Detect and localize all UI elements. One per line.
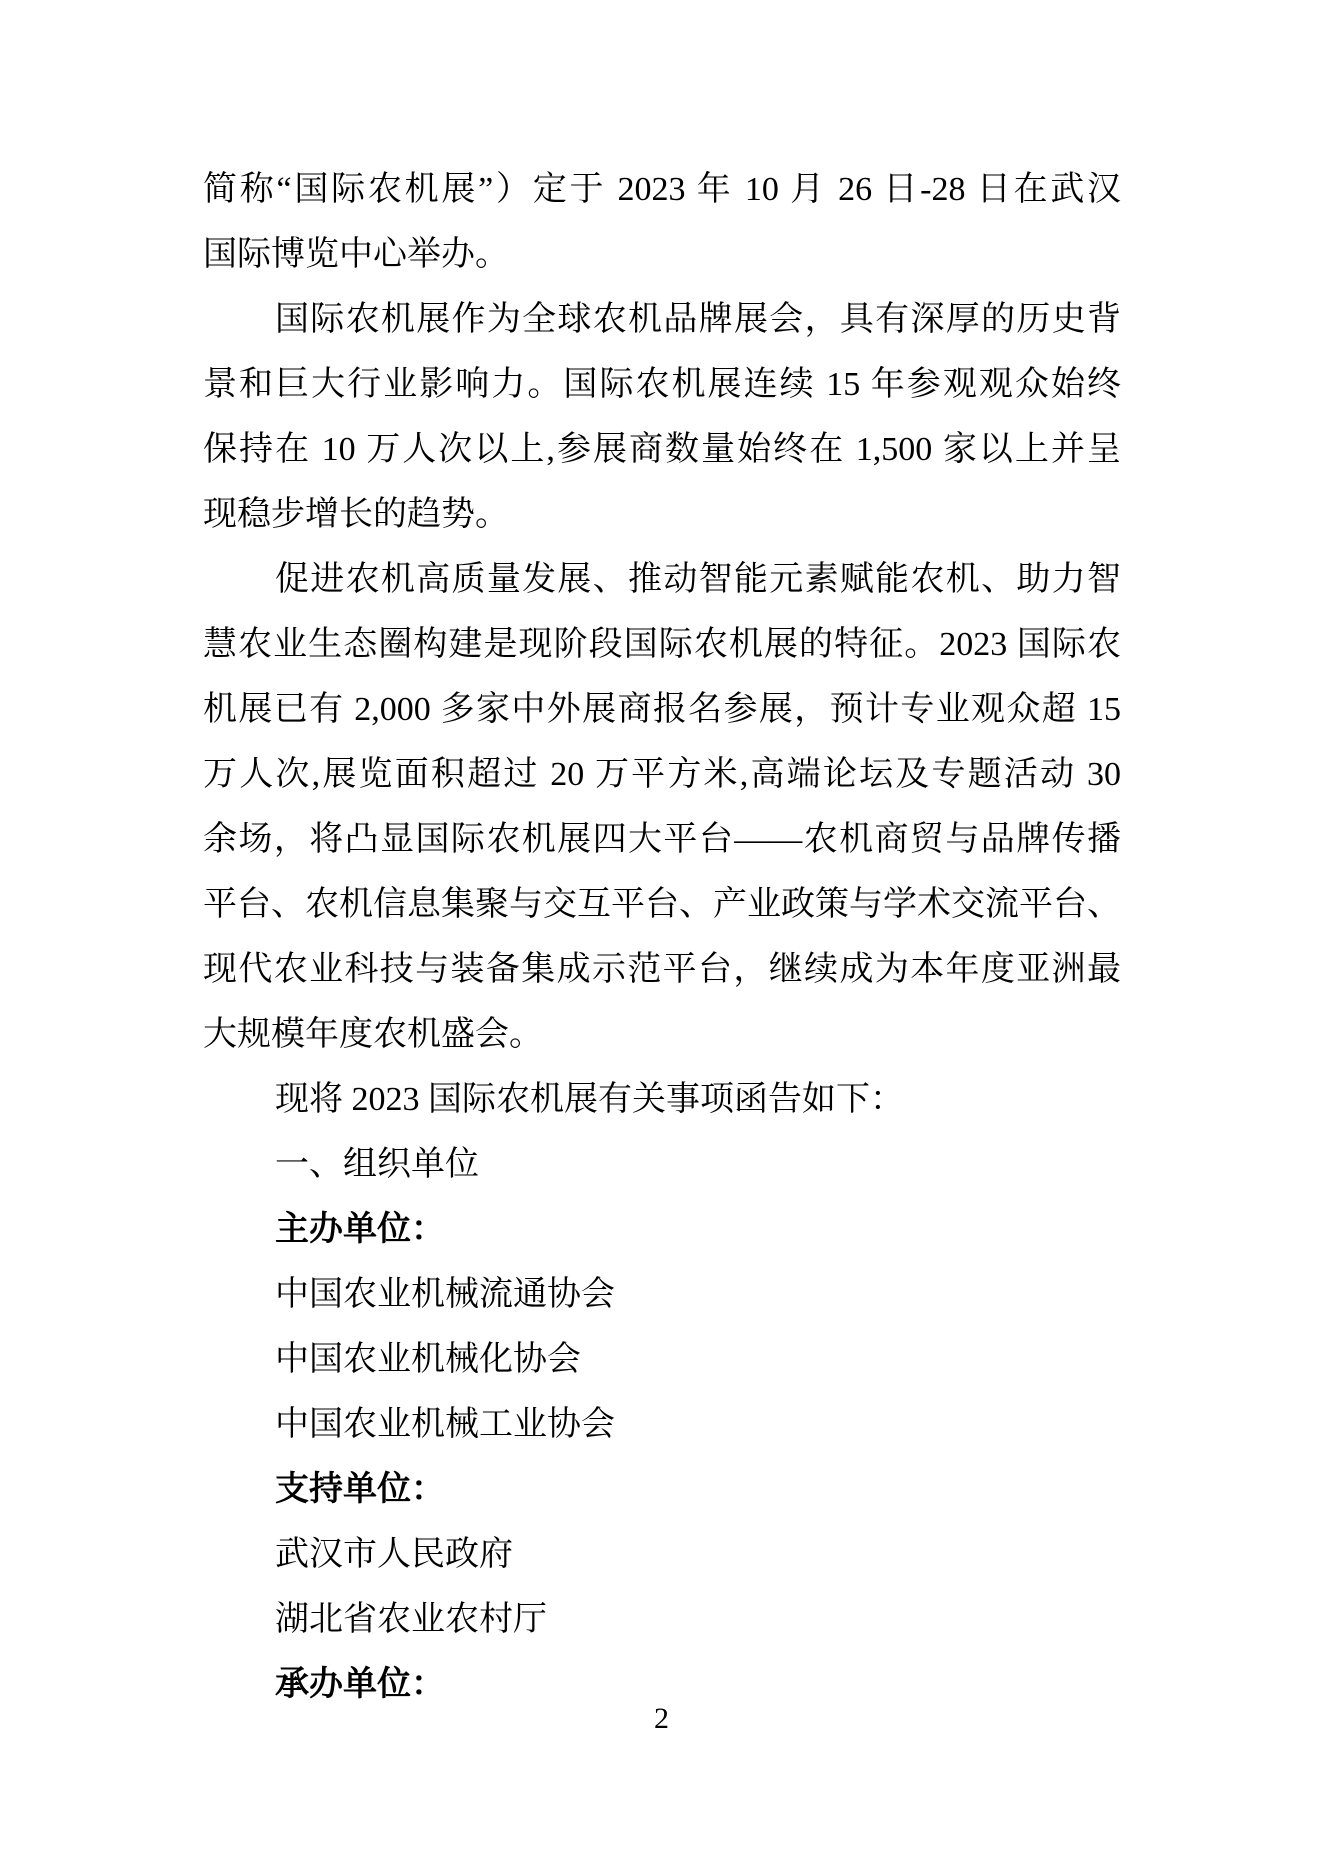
text-line: 大规模年度农机盛会。 [203,1002,1121,1067]
text-line: 支持单位： [203,1457,1121,1522]
text-line: 一、组织单位 [203,1132,1121,1197]
text-line: 现代农业科技与装备集成示范平台，继续成为本年度亚洲最 [203,937,1121,1002]
text-line: 主办单位： [203,1197,1121,1262]
text-line: 国际博览中心举办。 [203,222,1121,287]
text-line: 武汉市人民政府 [203,1522,1121,1587]
document-page: 简称“国际农机展”）定于 2023 年 10 月 26 日-28 日在武汉国际博… [0,0,1323,1871]
text-line: 万人次,展览面积超过 20 万平方米,高端论坛及专题活动 30 [203,742,1121,807]
text-line: 机展已有 2,000 多家中外展商报名参展，预计专业观众超 15 [203,677,1121,742]
text-line: 余场，将凸显国际农机展四大平台——农机商贸与品牌传播 [203,807,1121,872]
page-number: 2 [0,1702,1323,1736]
text-line: 现稳步增长的趋势。 [203,482,1121,547]
text-line: 中国农业机械化协会 [203,1327,1121,1392]
text-line: 慧农业生态圈构建是现阶段国际农机展的特征。2023 国际农 [203,612,1121,677]
text-line: 中国农业机械流通协会 [203,1262,1121,1327]
text-line: 简称“国际农机展”）定于 2023 年 10 月 26 日-28 日在武汉 [203,157,1121,222]
text-line: 景和巨大行业影响力。国际农机展连续 15 年参观观众始终 [203,352,1121,417]
text-line: 湖北省农业农村厅 [203,1587,1121,1652]
text-line: 现将 2023 国际农机展有关事项函告如下： [203,1067,1121,1132]
text-line: 促进农机高质量发展、推动智能元素赋能农机、助力智 [203,547,1121,612]
text-line: 国际农机展作为全球农机品牌展会，具有深厚的历史背 [203,287,1121,352]
text-line: 平台、农机信息集聚与交互平台、产业政策与学术交流平台、 [203,872,1121,937]
text-line: 保持在 10 万人次以上,参展商数量始终在 1,500 家以上并呈 [203,417,1121,482]
text-line: 中国农业机械工业协会 [203,1392,1121,1457]
document-body: 简称“国际农机展”）定于 2023 年 10 月 26 日-28 日在武汉国际博… [203,157,1121,1717]
